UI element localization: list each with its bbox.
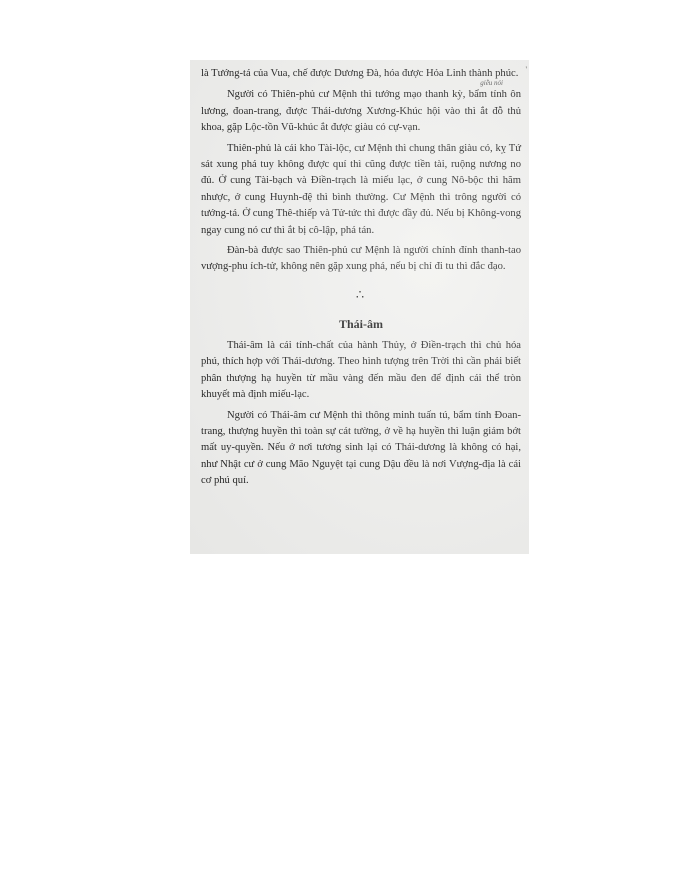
corner-mark: '	[526, 62, 527, 78]
paragraph-4: Đàn-bà được sao Thiên-phủ cư Mệnh là ngư…	[201, 243, 521, 276]
paragraph-5: Thái-âm là cái tính-chất của hành Thủy, …	[201, 338, 521, 404]
paragraph-1: là Tướng-tá của Vua, chế được Dương Đà, …	[201, 66, 521, 82]
paragraph-2: Người có Thiên-phủ cư Mệnh thì tướng mạo…	[201, 87, 521, 136]
scanned-page: ' là Tướng-tá của Vua, chế được Dương Đà…	[190, 60, 529, 554]
paragraph-3: Thiên-phủ là cái kho Tài-lộc, cư Mệnh th…	[201, 141, 521, 239]
section-separator: ∴	[201, 288, 521, 302]
section-heading: Thái-âm	[201, 316, 521, 332]
paragraph-6: Người có Thái-âm cư Mệnh thì thông minh …	[201, 408, 521, 490]
